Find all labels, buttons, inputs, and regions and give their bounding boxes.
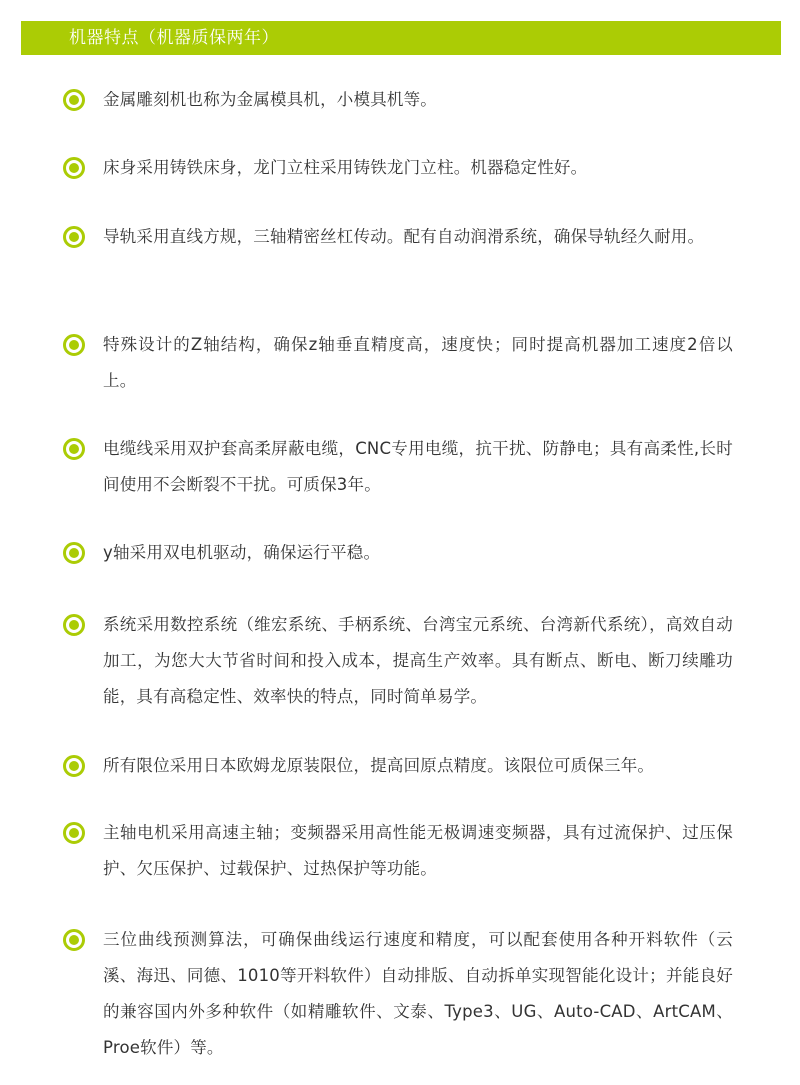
section-header: 机器特点（机器质保两年） xyxy=(21,21,781,55)
radio-ring-icon xyxy=(63,334,85,356)
radio-ring-icon xyxy=(63,542,85,564)
feature-text: 所有限位采用日本欧姆龙原装限位，提高回原点精度。该限位可质保三年。 xyxy=(103,748,733,784)
feature-text: 导轨采用直线方规，三轴精密丝杠传动。配有自动润滑系统，确保导轨经久耐用。 xyxy=(103,219,733,255)
feature-text: 床身采用铸铁床身，龙门立柱采用铸铁龙门立柱。机器稳定性好。 xyxy=(103,150,733,186)
radio-ring-icon xyxy=(63,89,85,111)
radio-ring-icon xyxy=(63,929,85,951)
radio-ring-icon xyxy=(63,226,85,248)
feature-text: 金属雕刻机也称为金属模具机，小模具机等。 xyxy=(103,82,733,118)
feature-text: 三位曲线预测算法，可确保曲线运行速度和精度，可以配套使用各种开料软件（云溪、海迅… xyxy=(103,922,733,1066)
feature-text: 主轴电机采用高速主轴；变频器采用高性能无极调速变频器，具有过流保护、过压保护、欠… xyxy=(103,815,733,887)
feature-text: 特殊设计的Z轴结构，确保z轴垂直精度高，速度快；同时提高机器加工速度2倍以上。 xyxy=(103,327,733,399)
radio-ring-icon xyxy=(63,614,85,636)
radio-ring-icon xyxy=(63,822,85,844)
radio-ring-icon xyxy=(63,157,85,179)
feature-text: y轴采用双电机驱动，确保运行平稳。 xyxy=(103,535,733,571)
radio-ring-icon xyxy=(63,755,85,777)
feature-text: 系统采用数控系统（维宏系统、手柄系统、台湾宝元系统、台湾新代系统），高效自动加工… xyxy=(103,607,733,715)
feature-text: 电缆线采用双护套高柔屏蔽电缆，CNC专用电缆，抗干扰、防静电；具有高柔性,长时间… xyxy=(103,431,733,503)
radio-ring-icon xyxy=(63,438,85,460)
section-title: 机器特点（机器质保两年） xyxy=(69,21,279,55)
